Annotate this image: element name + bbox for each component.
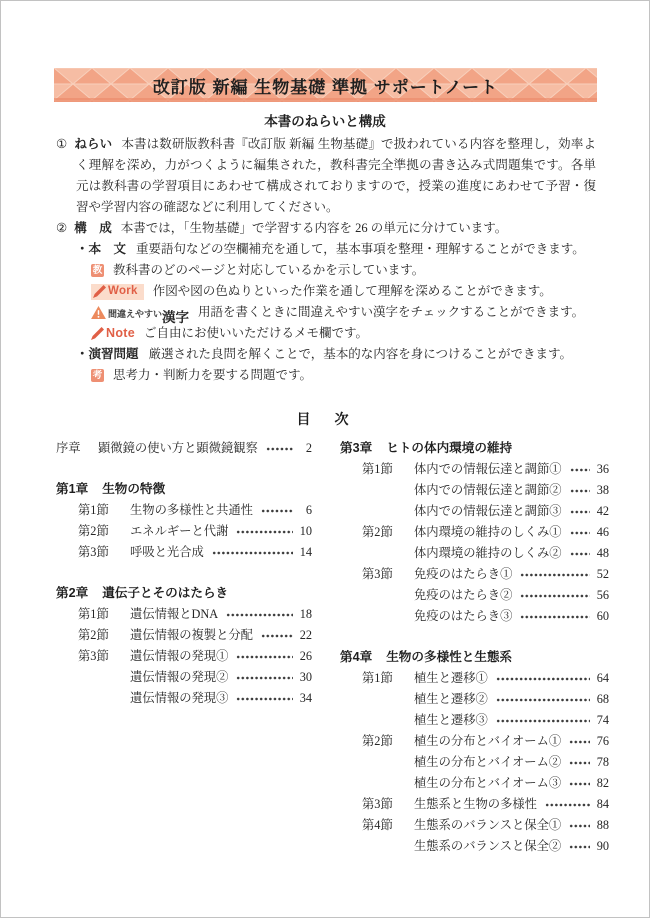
work-label: Work xyxy=(108,281,138,302)
toc-right-column: 第3章ヒトの体内環境の維持 第1節体内での情報伝達と調節①36 体内での情報伝達… xyxy=(340,438,609,857)
toc-entry-label: 第2節 xyxy=(362,522,402,543)
toc-chapter-heading: 第2章遺伝子とそのはたらき xyxy=(56,583,312,604)
dot-leader xyxy=(496,717,590,725)
toc-entry-title: 遺伝情報の発現② xyxy=(130,667,228,688)
toc-entry-title: 植生と遷移① xyxy=(414,668,488,689)
toc-entry-page: 6 xyxy=(296,500,312,521)
toc-entry-page: 34 xyxy=(296,688,312,709)
dot-leader xyxy=(236,653,293,661)
toc-entry-page: 56 xyxy=(593,585,609,606)
toc-entry: 体内での情報伝達と調節③42 xyxy=(340,501,609,522)
toc-entry-page: 84 xyxy=(593,794,609,815)
toc-entry-title: 免疫のはたらき② xyxy=(414,585,512,606)
legend-row-exercises: ・演習問題厳選された良問を解くことで，基本的な内容を身につけることができます。 xyxy=(56,344,596,365)
toc-left-column: 序章顕微鏡の使い方と顕微鏡観察2 第1章生物の特徴 第1節生物の多様性と共通性6… xyxy=(56,438,312,857)
toc-chapter-heading: 第3章ヒトの体内環境の維持 xyxy=(340,438,609,459)
kanji-badge-small-text: 間違えやすい xyxy=(108,304,162,325)
toc-entry-title: 植生と遷移③ xyxy=(414,710,488,731)
legend-text: 用語を書くときに間違えやすい漢字をチェックすることができます。 xyxy=(198,302,584,323)
thinking-icon: 考 xyxy=(91,369,104,382)
toc-entry-page: 22 xyxy=(296,625,312,646)
toc-entry-page: 78 xyxy=(593,752,609,773)
toc-entry-title: 体内での情報伝達と調節③ xyxy=(414,501,562,522)
dot-leader xyxy=(569,759,590,767)
table-of-contents: 序章顕微鏡の使い方と顕微鏡観察2 第1章生物の特徴 第1節生物の多様性と共通性6… xyxy=(56,438,609,857)
dot-leader xyxy=(570,508,590,516)
toc-entry-title: 顕微鏡の使い方と顕微鏡観察 xyxy=(98,438,258,459)
toc-entry-title: 生態系のバランスと保全② xyxy=(414,836,561,857)
toc-entry-page: 88 xyxy=(593,815,609,836)
toc-entry-page: 46 xyxy=(593,522,609,543)
textbook-page-icon: 教 xyxy=(91,264,104,277)
toc-entry-page: 76 xyxy=(593,731,609,752)
toc-entry: 植生と遷移②68 xyxy=(340,689,609,710)
chapter-number: 第2章 xyxy=(56,583,88,604)
legend-row-note: Note ご自由にお使いいただけるメモ欄です。 xyxy=(56,323,596,344)
toc-entry-title: 植生と遷移② xyxy=(414,689,488,710)
toc-entry-title: 体内環境の維持のしくみ① xyxy=(414,522,562,543)
legend-text: 重要語句などの空欄補充を通して，基本事項を整理・理解することができます。 xyxy=(136,242,585,256)
toc-entry-page: 14 xyxy=(296,542,312,563)
toc-entry-page: 74 xyxy=(593,710,609,731)
toc-entry-page: 26 xyxy=(296,646,312,667)
toc-entry-label: 第1節 xyxy=(78,604,118,625)
toc-entry-title: 免疫のはたらき① xyxy=(414,564,512,585)
item-number: ① xyxy=(56,137,67,151)
structure-paragraph: ②構 成本書では，「生物基礎」で学習する内容を 26 の単元に分けています。 xyxy=(56,218,596,239)
chapter-title: 遺伝子とそのはたらき xyxy=(102,583,228,604)
toc-entry: 第1節植生と遷移①64 xyxy=(340,668,609,689)
toc-entry-page: 42 xyxy=(593,501,609,522)
dot-leader xyxy=(569,822,590,830)
toc-entry-label: 第1節 xyxy=(78,500,118,521)
toc-entry-page: 48 xyxy=(593,543,609,564)
work-badge: Work xyxy=(91,284,144,300)
toc-entry: 植生の分布とバイオーム②78 xyxy=(340,752,609,773)
toc-entry-label: 第2節 xyxy=(362,731,402,752)
dot-leader xyxy=(236,695,293,703)
toc-entry-title: 免疫のはたらき③ xyxy=(414,606,512,627)
chapter-title: 生物の特徴 xyxy=(102,479,165,500)
chapter-number: 第4章 xyxy=(340,647,372,668)
toc-entry: 第2節体内環境の維持のしくみ①46 xyxy=(340,522,609,543)
item-number: ② xyxy=(56,221,67,235)
toc-entry-label: 第3節 xyxy=(78,646,118,667)
toc-entry-title: 植生の分布とバイオーム① xyxy=(414,731,561,752)
dot-leader xyxy=(520,592,590,600)
item-label: 構 成 xyxy=(74,221,112,235)
toc-entry-title: 遺伝情報の発現③ xyxy=(130,688,228,709)
toc-entry-title: 体内での情報伝達と調節② xyxy=(414,480,562,501)
legend-text: 作図や図の色ぬりといった作業を通して理解を深めることができます。 xyxy=(153,281,552,302)
dot-leader xyxy=(545,801,590,809)
toc-entry-title: 植生の分布とバイオーム③ xyxy=(414,773,561,794)
chapter-number: 第1章 xyxy=(56,479,88,500)
dot-leader xyxy=(570,487,590,495)
toc-entry: 第2節植生の分布とバイオーム①76 xyxy=(340,731,609,752)
title-banner: 改訂版 新編 生物基礎 準拠 サポートノート xyxy=(54,68,597,102)
toc-entry: 第4節生態系のバランスと保全①88 xyxy=(340,815,609,836)
toc-entry: 第1節生物の多様性と共通性6 xyxy=(56,500,312,521)
legend-text: 教科書のどのページと対応しているかを示しています。 xyxy=(113,260,424,281)
toc-entry: 第2節エネルギーと代謝10 xyxy=(56,521,312,542)
legend-text: 厳選された良問を解くことで，基本的な内容を身につけることができます。 xyxy=(149,347,573,361)
warning-triangle-icon xyxy=(91,306,106,319)
note-label: Note xyxy=(106,323,135,344)
chapter-title: ヒトの体内環境の維持 xyxy=(386,438,512,459)
legend-label: ・演習問題 xyxy=(76,347,139,361)
dot-leader xyxy=(266,445,293,453)
toc-entry-label: 第1節 xyxy=(362,459,402,480)
book-page: 改訂版 新編 生物基礎 準拠 サポートノート 本書のねらいと構成 ①ねらい本書は… xyxy=(0,0,650,918)
pen-icon xyxy=(91,327,104,340)
toc-entry-label: 第2節 xyxy=(78,521,118,542)
toc-entry-title: 体内環境の維持のしくみ② xyxy=(414,543,562,564)
toc-chapter-heading: 第1章生物の特徴 xyxy=(56,479,312,500)
dot-leader xyxy=(496,675,590,683)
toc-entry: 体内での情報伝達と調節②38 xyxy=(340,480,609,501)
toc-entry: 第2節遺伝情報の複製と分配22 xyxy=(56,625,312,646)
item-text: 本書は数研版教科書『改訂版 新編 生物基礎』で扱われている内容を整理し，効率よく… xyxy=(76,137,596,214)
toc-entry-page: 36 xyxy=(593,459,609,480)
dot-leader xyxy=(212,549,293,557)
toc-entry: 遺伝情報の発現②30 xyxy=(56,667,312,688)
toc-entry: 免疫のはたらき②56 xyxy=(340,585,609,606)
dot-leader xyxy=(569,780,590,788)
legend-label: ・本 文 xyxy=(76,242,126,256)
toc-entry-label: 第3節 xyxy=(362,564,402,585)
toc-entry-title: 遺伝情報とDNA xyxy=(130,604,218,625)
dot-leader xyxy=(569,738,590,746)
toc-entry-title: 呼吸と光合成 xyxy=(130,542,204,563)
dot-leader xyxy=(236,674,293,682)
toc-entry-page: 64 xyxy=(593,668,609,689)
toc-heading: 目 次 xyxy=(1,409,649,429)
toc-entry: 第1節遺伝情報とDNA18 xyxy=(56,604,312,625)
toc-entry-label: 第3節 xyxy=(78,542,118,563)
toc-entry-page: 82 xyxy=(593,773,609,794)
toc-entry-title: 生態系のバランスと保全① xyxy=(414,815,561,836)
item-text: 本書では，「生物基礎」で学習する内容を 26 の単元に分けています。 xyxy=(121,221,508,235)
toc-entry-label: 第3節 xyxy=(362,794,402,815)
chapter-number: 第3章 xyxy=(340,438,372,459)
dot-leader xyxy=(226,611,293,619)
toc-entry: 第3節遺伝情報の発現①26 xyxy=(56,646,312,667)
legend-row-textbook: 教 教科書のどのページと対応しているかを示しています。 xyxy=(56,260,596,281)
item-label: ねらい xyxy=(74,137,112,151)
toc-entry-label: 第1節 xyxy=(362,668,402,689)
dot-leader xyxy=(261,507,293,515)
toc-entry: 植生の分布とバイオーム③82 xyxy=(340,773,609,794)
toc-entry-page: 90 xyxy=(593,836,609,857)
toc-entry-label: 序章 xyxy=(56,438,86,459)
toc-entry: 生態系のバランスと保全②90 xyxy=(340,836,609,857)
toc-entry: 序章顕微鏡の使い方と顕微鏡観察2 xyxy=(56,438,312,459)
toc-entry: 遺伝情報の発現③34 xyxy=(56,688,312,709)
legend-row-main-text: ・本 文重要語句などの空欄補充を通して，基本事項を整理・理解することができます。 xyxy=(56,239,596,260)
toc-entry: 第1節体内での情報伝達と調節①36 xyxy=(340,459,609,480)
toc-chapter-heading: 第4章生物の多様性と生態系 xyxy=(340,647,609,668)
book-title: 改訂版 新編 生物基礎 準拠 サポートノート xyxy=(153,73,498,98)
toc-entry-title: 生態系と生物の多様性 xyxy=(414,794,537,815)
toc-entry-page: 2 xyxy=(296,438,312,459)
toc-entry-page: 30 xyxy=(296,667,312,688)
toc-entry: 植生と遷移③74 xyxy=(340,710,609,731)
toc-entry-label: 第2節 xyxy=(78,625,118,646)
toc-entry-label: 第4節 xyxy=(362,815,402,836)
dot-leader xyxy=(520,571,590,579)
legend-row-kanji: 間違えやすい 漢字 用語を書くときに間違えやすい漢字をチェックすることができます… xyxy=(56,302,596,323)
note-badge: Note xyxy=(91,323,135,344)
toc-entry: 第3節呼吸と光合成14 xyxy=(56,542,312,563)
pencil-icon xyxy=(93,285,106,298)
toc-entry: 体内環境の維持のしくみ②48 xyxy=(340,543,609,564)
toc-entry-page: 68 xyxy=(593,689,609,710)
toc-entry: 免疫のはたらき③60 xyxy=(340,606,609,627)
toc-entry-title: 生物の多様性と共通性 xyxy=(130,500,253,521)
toc-entry-page: 52 xyxy=(593,564,609,585)
toc-entry-title: 体内での情報伝達と調節① xyxy=(414,459,562,480)
dot-leader xyxy=(261,632,293,640)
dot-leader xyxy=(569,843,590,851)
toc-entry-page: 10 xyxy=(296,521,312,542)
toc-entry: 第3節免疫のはたらき①52 xyxy=(340,564,609,585)
toc-entry: 第3節生態系と生物の多様性84 xyxy=(340,794,609,815)
toc-entry-page: 60 xyxy=(593,606,609,627)
toc-entry-title: 遺伝情報の複製と分配 xyxy=(130,625,253,646)
dot-leader xyxy=(570,550,590,558)
toc-entry-title: エネルギーと代謝 xyxy=(130,521,228,542)
page-heading: 本書のねらいと構成 xyxy=(1,110,649,130)
toc-entry-page: 38 xyxy=(593,480,609,501)
intro-block: ①ねらい本書は数研版教科書『改訂版 新編 生物基礎』で扱われている内容を整理し，… xyxy=(56,134,596,386)
chapter-title: 生物の多様性と生態系 xyxy=(386,647,512,668)
dot-leader xyxy=(236,528,293,536)
legend-row-thinking: 考 思考力・判断力を要する問題です。 xyxy=(56,365,596,386)
mistakable-kanji-badge: 間違えやすい 漢字 xyxy=(91,301,189,325)
toc-entry-title: 遺伝情報の発現① xyxy=(130,646,228,667)
toc-entry-title: 植生の分布とバイオーム② xyxy=(414,752,561,773)
dot-leader xyxy=(520,613,590,621)
legend-text: 思考力・判断力を要する問題です。 xyxy=(113,365,312,386)
toc-entry-page: 18 xyxy=(296,604,312,625)
dot-leader xyxy=(496,696,590,704)
legend-row-work: Work 作図や図の色ぬりといった作業を通して理解を深めることができます。 xyxy=(56,281,596,302)
dot-leader xyxy=(570,466,590,474)
legend-text: ご自由にお使いいただけるメモ欄です。 xyxy=(144,323,368,344)
aim-paragraph: ①ねらい本書は数研版教科書『改訂版 新編 生物基礎』で扱われている内容を整理し，… xyxy=(56,134,596,218)
dot-leader xyxy=(570,529,590,537)
